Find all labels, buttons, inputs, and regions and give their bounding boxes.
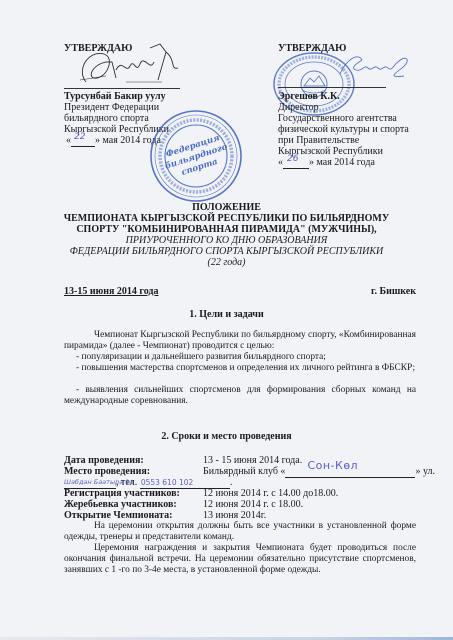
club-name-handwritten: Сон-Көл [307, 460, 358, 471]
left-approver-title-2: бильярдного спорта [64, 113, 149, 124]
phone-end: . [230, 477, 233, 488]
section1-item-1: - популяризации и дальнейшего развития б… [64, 352, 416, 363]
venue-label: Место проведения: [64, 466, 150, 477]
title-line-1: ПОЛОЖЕНИЕ [0, 202, 453, 213]
right-signature-line [278, 87, 386, 88]
right-approver-title-1: Директор [278, 102, 319, 113]
date-label: Дата проведения: [64, 455, 144, 466]
venue-value: Бильярдный клуб «Сон-Көл » ул. [203, 466, 435, 478]
left-signature-line [64, 88, 180, 89]
left-date-day-handwritten: 22 [74, 132, 85, 143]
date-value: 13 - 15 июня 2014 года. [203, 455, 302, 466]
registration-label: Регистрация участников: [64, 488, 180, 499]
event-dates: 13-15 июня 2014 года [64, 286, 158, 297]
left-signature-icon [66, 40, 196, 90]
address-handwritten: Шабдан Баатыра 1а [64, 477, 133, 488]
venue-prefix: Бильярдный клуб « [203, 466, 285, 477]
venue-suffix: » ул. [415, 466, 435, 477]
registration-value: 12 июня 2014 г. с 14.00 до18.00. [203, 488, 338, 499]
left-date-day-blank: 22 [71, 135, 95, 147]
section2-para-1: На церемонии открытия должны быть все уч… [64, 521, 416, 543]
section1-item-2: - повышения мастерства спортсменов и опр… [64, 363, 416, 374]
right-approver-title-3: физической культуры и спорта [278, 124, 409, 135]
section1-intro: Чемпионат Кыргызской Республики по билья… [64, 330, 416, 352]
draw-label: Жеребьевка участников: [64, 499, 177, 510]
right-approver-name: Эргешов К.К. [278, 91, 340, 102]
left-approver-title-1: Президент Федерации [64, 102, 159, 113]
right-approver-title-4: при Правительстве [278, 135, 359, 146]
phone-handwritten: 0553 610 102 [141, 477, 194, 488]
event-city: г. Бишкек [371, 286, 416, 297]
date-suffix: » мая 2014 года [309, 157, 375, 168]
federation-stamp-icon: Федерация бильярдного спорта [148, 108, 244, 204]
title-line-5: ФЕДЕРАЦИИ БИЛЬЯРДНОГО СПОРТА КЫРГЫЗСКОЙ … [0, 246, 453, 257]
title-line-4: ПРИУРОЧЕННОГО КО ДНЮ ОБРАЗОВАНИЯ [0, 235, 453, 246]
club-name-blank: Сон-Көл [285, 466, 415, 478]
title-line-3: СПОРТУ "КОМБИНИРОВАННАЯ ПИРАМИДА" (МУЖЧИ… [0, 224, 453, 235]
section1-item-3: - выявления сильнейших спортсменов для ф… [64, 385, 416, 407]
section2-heading: 2. Сроки и место проведения [0, 431, 453, 442]
section2-para-2: Церемония награждения и закрытия Чемпион… [64, 543, 416, 576]
title-line-6: (22 года) [0, 257, 453, 268]
draw-value: 12 июня 2014 г. с 18.00. [203, 499, 303, 510]
right-approver-title-2: Государственного агентства [278, 113, 397, 124]
opening-label: Открытие Чемпионата: [64, 510, 172, 521]
right-date-day-blank: 26 [283, 157, 309, 169]
right-approval-date: «26 » мая 2014 года [278, 157, 375, 169]
document-page: УТВЕРЖДАЮ Турсунбай Бакир уулу Президент… [0, 0, 453, 640]
left-approval-date: «22 » мая 2014 года [66, 135, 161, 147]
opening-value: 13 июня 2014г. [203, 510, 266, 521]
right-signature-icon [336, 50, 416, 84]
section1-heading: 1. Цели и задачи [0, 309, 453, 320]
right-date-day-handwritten: 26 [287, 154, 298, 165]
left-approver-name: Турсунбай Бакир уулу [64, 91, 166, 102]
title-line-2: ЧЕМПИОНАТА КЫРГЫЗСКОЙ РЕСПУБЛИКИ ПО БИЛЬ… [0, 213, 453, 224]
